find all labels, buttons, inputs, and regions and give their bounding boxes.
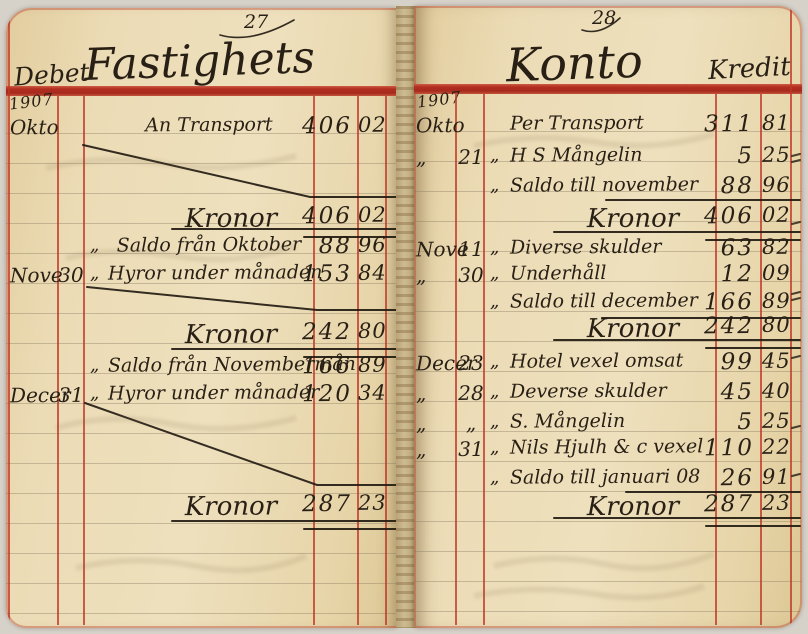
ledger-page-left: 27 Debet Fastighets 1907 Okto An Transpo… — [6, 8, 398, 628]
amount-kronor: 166 — [292, 353, 352, 379]
ditto-mark: „ — [490, 175, 506, 196]
entry-month: Nove — [416, 237, 456, 261]
amount-ore: 84 — [358, 261, 386, 285]
red-header-rule — [414, 84, 802, 94]
ditto-mark: „ — [490, 291, 506, 312]
entry-day: 11 — [458, 237, 484, 261]
amount-ore: 81 — [762, 111, 790, 135]
amount-kronor: 88 — [694, 173, 754, 199]
ditto-mark: „ — [490, 467, 506, 488]
carry-diagonal-line — [83, 145, 396, 197]
amount-ore: 45 — [762, 349, 790, 373]
kredit-label: Kredit — [707, 52, 791, 86]
total-label: Kronor — [554, 313, 708, 344]
ledger-book: 27 Debet Fastighets 1907 Okto An Transpo… — [0, 0, 808, 634]
ledger-total-row: Kronor 406 02 — [414, 203, 802, 236]
entry-description: Saldo från Oktober — [108, 233, 310, 256]
amount-ore: 23 — [358, 491, 386, 515]
total-label: Kronor — [156, 203, 306, 234]
amount-kronor: 110 — [694, 435, 754, 461]
entry-month: „ — [416, 411, 456, 435]
amount-kronor: 166 — [694, 289, 754, 315]
entry-description: Saldo från Novembermån — [108, 353, 310, 376]
ledger-row: Okto An Transport 406 02 — [6, 113, 398, 146]
amount-ore: 96 — [358, 233, 386, 257]
amount-kronor: 99 — [694, 349, 754, 375]
entry-description: Per Transport — [506, 111, 708, 134]
entry-description: Hyror under månader — [108, 381, 310, 404]
ledger-total-row: Kronor 242 80 — [6, 319, 398, 352]
total-label: Kronor — [156, 491, 306, 522]
total-label: Kronor — [156, 319, 306, 350]
amount-kronor: 287 — [292, 491, 352, 517]
column-line — [8, 11, 10, 625]
amount-ore: 02 — [358, 203, 386, 227]
entry-day: „ — [458, 411, 484, 435]
entry-month: „ — [416, 263, 456, 287]
red-header-rule — [6, 86, 398, 96]
ledger-row: „ 31 „ Nils Hjulh & c vexel 110 22 — [414, 435, 802, 468]
ledger-total-row: Kronor 406 02 — [6, 203, 398, 236]
amount-kronor: 242 — [694, 313, 754, 339]
amount-ore: 96 — [762, 173, 790, 197]
ledger-total-row: Kronor 287 23 — [414, 491, 802, 524]
ditto-mark: „ — [90, 355, 106, 376]
amount-kronor: 311 — [694, 111, 754, 137]
entry-day: 30 — [58, 263, 84, 287]
entry-day: 30 — [458, 263, 484, 287]
entry-description: Saldo till december — [506, 289, 708, 312]
amount-ore: 02 — [358, 113, 386, 137]
amount-ore: 22 — [762, 435, 790, 459]
entry-month: „ — [416, 437, 456, 461]
ditto-mark: „ — [490, 145, 506, 166]
amount-kronor: 153 — [292, 261, 352, 287]
carry-diagonal-line — [85, 403, 396, 485]
amount-ore: 91 — [762, 465, 790, 489]
ledger-row: Okto Per Transport 311 81 — [414, 111, 802, 144]
entry-description: Diverse skulder — [506, 235, 708, 258]
entry-day: 31 — [58, 383, 84, 407]
amount-ore: 40 — [762, 379, 790, 403]
ink-lines-overlay — [6, 8, 398, 628]
entry-description: Hotel vexel omsat — [506, 349, 708, 372]
entry-day: 28 — [458, 381, 484, 405]
entry-description: An Transport — [108, 113, 310, 136]
entry-month: „ — [416, 145, 456, 169]
amount-kronor: 45 — [694, 379, 754, 405]
entry-day: 21 — [458, 145, 484, 169]
amount-kronor: 63 — [694, 235, 754, 261]
entry-description: Saldo till januari 08 — [506, 465, 708, 488]
ditto-mark: „ — [490, 351, 506, 372]
amount-kronor: 26 — [694, 465, 754, 491]
entry-description: Deverse skulder — [506, 379, 708, 402]
amount-ore: 89 — [358, 353, 386, 377]
entry-description: S. Mångelin — [506, 409, 708, 432]
ledger-total-row: Kronor 287 23 — [6, 491, 398, 524]
amount-ore: 23 — [762, 491, 790, 515]
ledger-row: „ 21 „ H S Mångelin 5 25 — [414, 143, 802, 176]
entry-description: Underhåll — [506, 261, 708, 284]
amount-kronor: 12 — [694, 261, 754, 287]
amount-ore: 89 — [762, 289, 790, 313]
total-label: Kronor — [554, 491, 708, 522]
amount-kronor: 88 — [292, 233, 352, 259]
ledger-total-row: Kronor 242 80 — [414, 313, 802, 346]
entry-day: 31 — [458, 437, 484, 461]
ditto-mark: „ — [90, 235, 106, 256]
amount-kronor: 406 — [292, 113, 352, 139]
amount-ore: 09 — [762, 261, 790, 285]
entry-month: Decer — [10, 383, 58, 407]
ditto-mark: „ — [490, 263, 506, 284]
entry-month: Okto — [10, 115, 58, 139]
ledger-row: „ 28 „ Deverse skulder 45 40 — [414, 379, 802, 412]
amount-kronor: 287 — [694, 491, 754, 517]
page-number-left: 27 — [244, 11, 268, 33]
ditto-mark: „ — [490, 411, 506, 432]
entry-description: H S Mångelin — [506, 143, 708, 166]
amount-ore: 02 — [762, 203, 790, 227]
ledger-row: Nove 30 „ Hyror under månaden 153 84 — [6, 261, 398, 294]
ditto-mark: „ — [90, 383, 106, 404]
entry-month: Nove — [10, 263, 58, 287]
ditto-mark: „ — [90, 263, 106, 284]
total-label: Kronor — [554, 203, 708, 234]
ditto-mark: „ — [490, 437, 506, 458]
entry-description: Hyror under månaden — [108, 261, 310, 284]
amount-ore: 80 — [358, 319, 386, 343]
ledger-row: „ Saldo till november 88 96 — [414, 173, 802, 206]
amount-kronor: 5 — [694, 143, 754, 169]
amount-ore: 25 — [762, 409, 790, 433]
amount-ore: 34 — [358, 381, 386, 405]
amount-kronor: 406 — [694, 203, 754, 229]
ditto-mark: „ — [490, 237, 506, 258]
amount-kronor: 120 — [292, 381, 352, 407]
year-label-left: 1907 — [8, 89, 55, 113]
entry-day: 23 — [458, 351, 484, 375]
entry-month: Okto — [416, 113, 456, 137]
book-spine-binding — [396, 6, 416, 628]
ditto-mark: „ — [490, 381, 506, 402]
amount-kronor: 242 — [292, 319, 352, 345]
amount-kronor: 5 — [694, 409, 754, 435]
entry-description: Nils Hjulh & c vexel — [506, 435, 708, 458]
entry-month: „ — [416, 381, 456, 405]
entry-description: Saldo till november — [506, 173, 708, 196]
amount-ore: 25 — [762, 143, 790, 167]
ledger-page-right: 28 Konto Kredit 1907 Okto Per Transport … — [414, 6, 802, 628]
entry-month: Decer — [416, 351, 456, 375]
amount-kronor: 406 — [292, 203, 352, 229]
page-number-right: 28 — [592, 7, 616, 29]
amount-ore: 82 — [762, 235, 790, 259]
ledger-row: Decer 31 „ Hyror under månader 120 34 — [6, 381, 398, 414]
amount-ore: 80 — [762, 313, 790, 337]
page-title-left: Fastighets — [83, 32, 316, 91]
ledger-row: Decer 23 „ Hotel vexel omsat 99 45 — [414, 349, 802, 382]
